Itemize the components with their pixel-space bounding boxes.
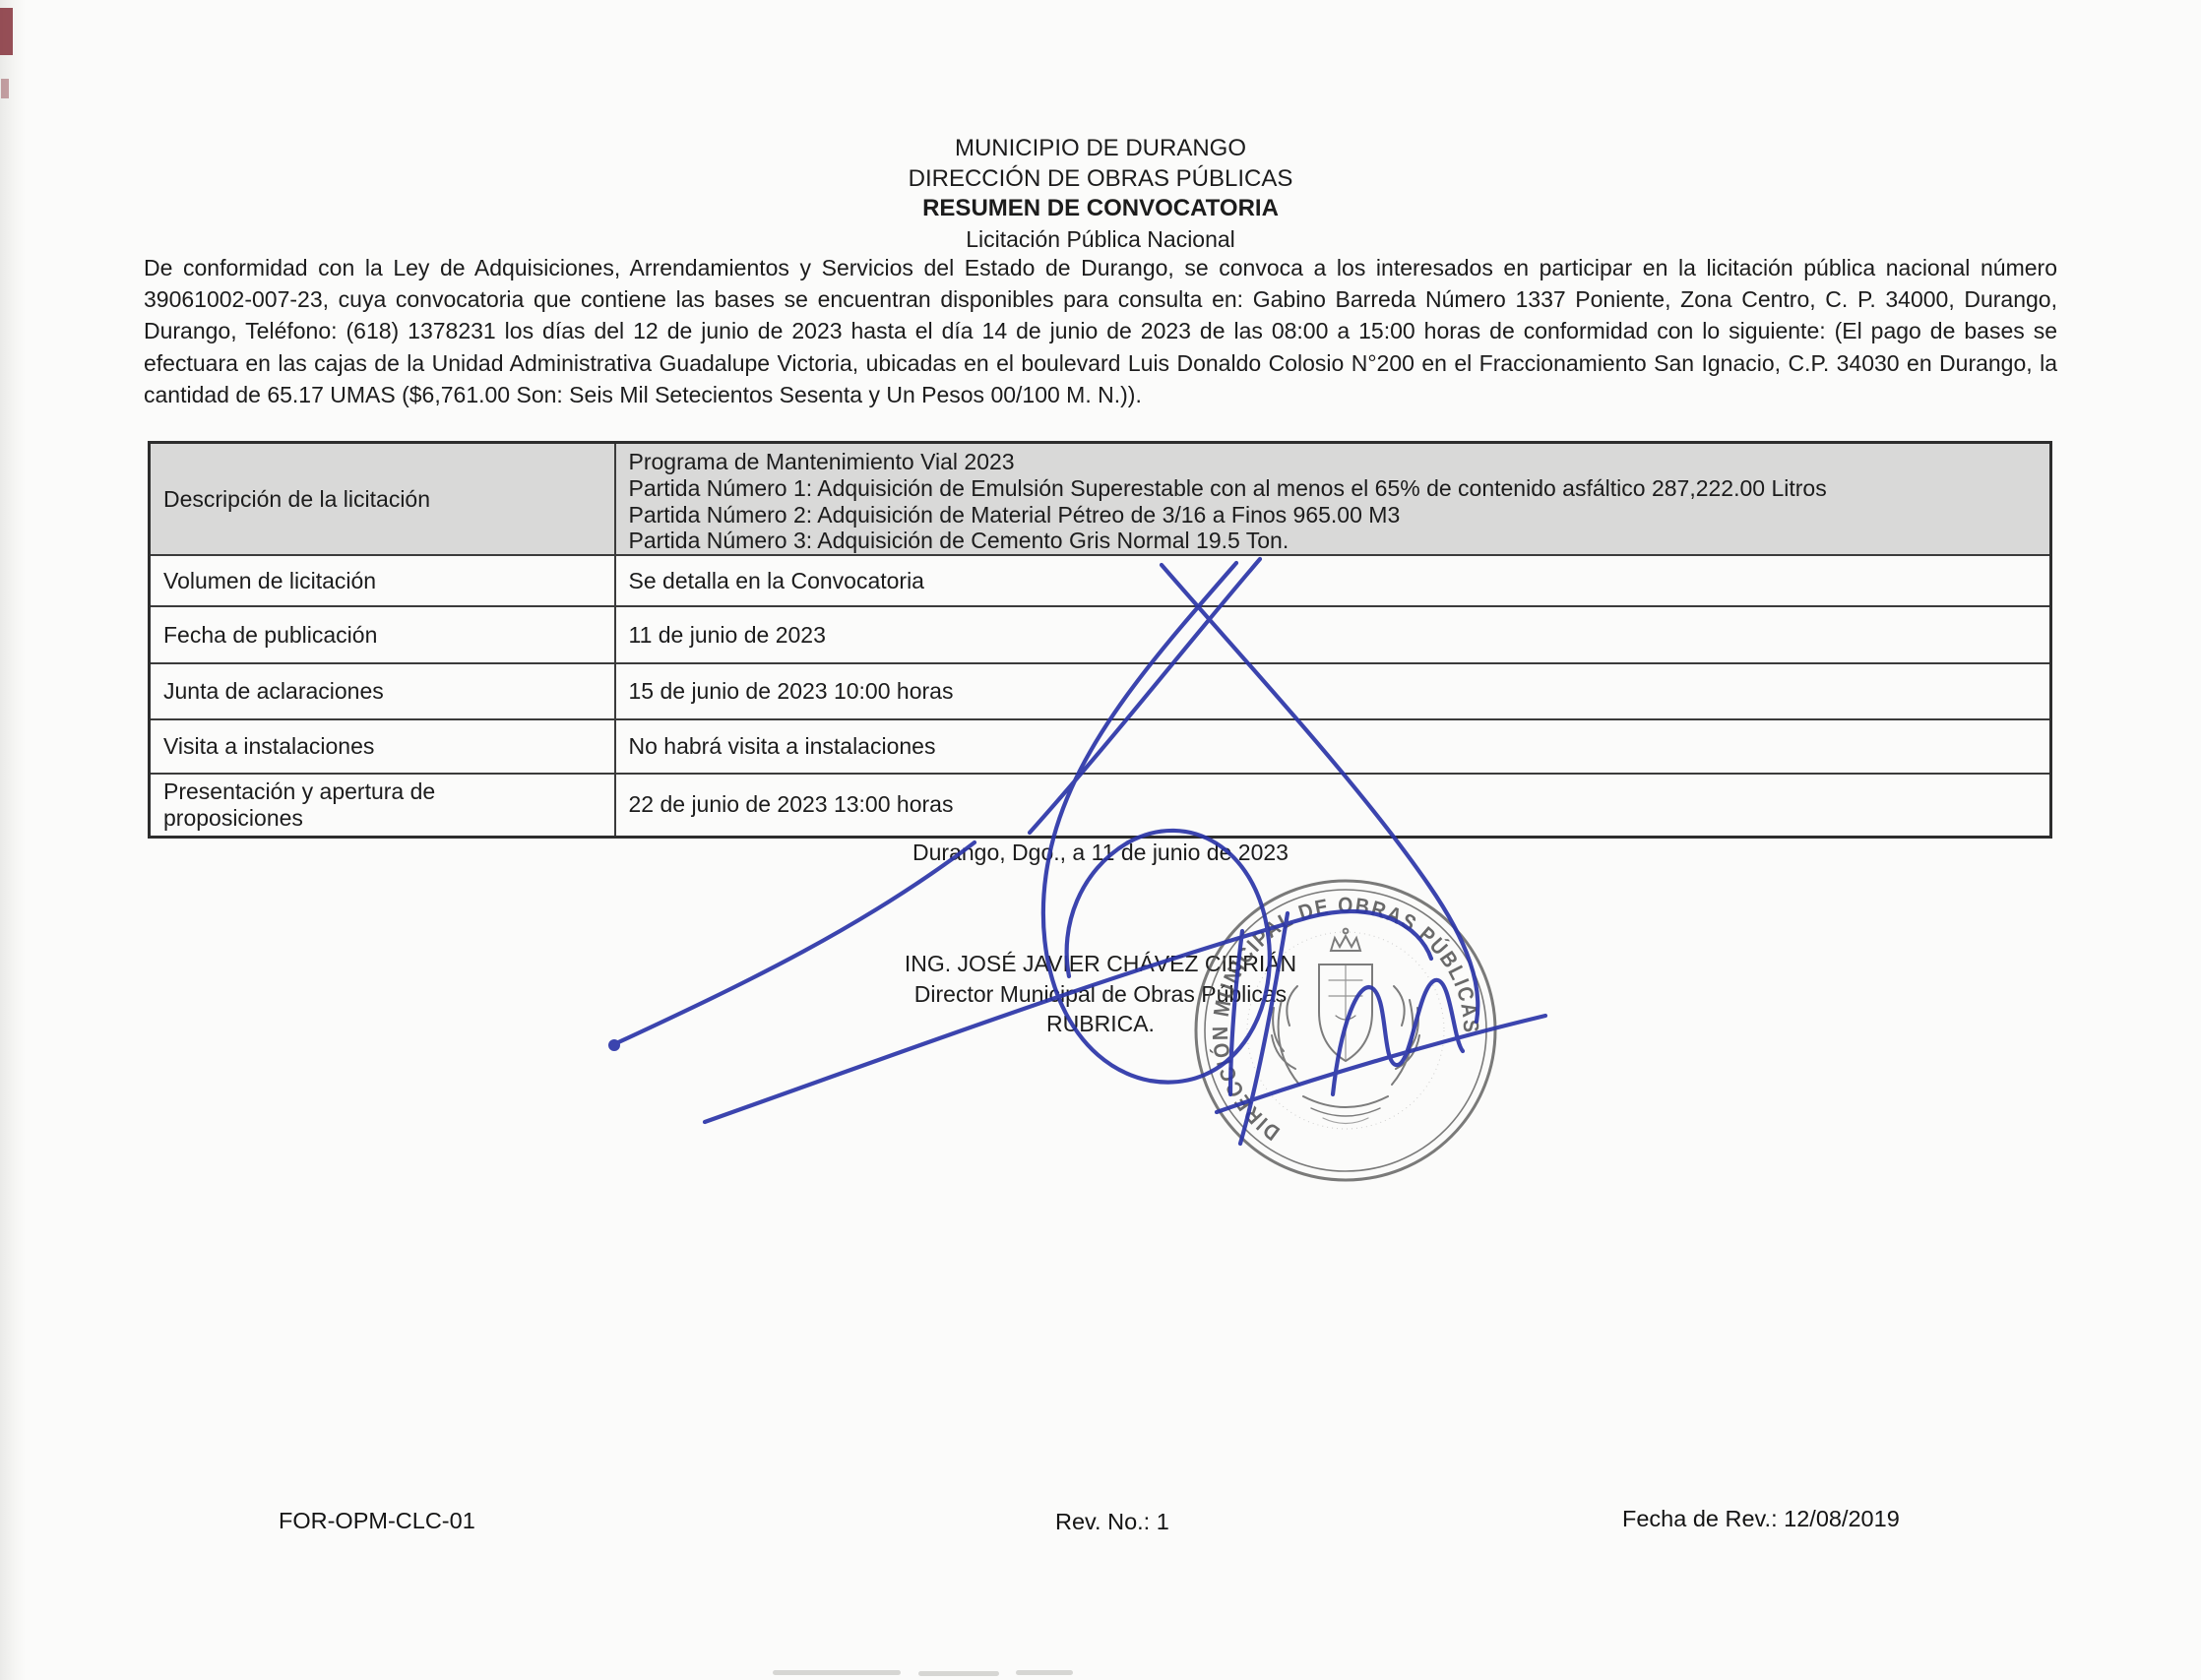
header-municipality: MUNICIPIO DE DURANGO (0, 134, 2201, 164)
row-value: No habrá visita a instalaciones (615, 719, 2051, 774)
description-lines: Programa de Mantenimiento Vial 2023 Part… (629, 449, 2041, 554)
scan-bottom-streak (1016, 1670, 1073, 1675)
scan-red-mark-small (1, 79, 9, 98)
document-page: MUNICIPIO DE DURANGO DIRECCIÓN DE OBRAS … (0, 0, 2201, 1680)
seal-crest (1272, 929, 1419, 1124)
header-doc-type: RESUMEN DE CONVOCATORIA (0, 194, 2201, 224)
row-label: Junta de aclaraciones (150, 663, 615, 719)
row-label: Visita a instalaciones (150, 719, 615, 774)
footer-revision-number: Rev. No.: 1 (1055, 1509, 1169, 1535)
footer-form-code: FOR-OPM-CLC-01 (279, 1508, 475, 1534)
row-label: Descripción de la licitación (150, 443, 615, 556)
row-label: Presentación y apertura de proposiciones (150, 774, 615, 837)
row-label: Fecha de publicación (150, 606, 615, 663)
row-label-text: Presentación y apertura de proposiciones (163, 778, 478, 832)
row-value: 15 de junio de 2023 10:00 horas (615, 663, 2051, 719)
description-line: Partida Número 1: Adquisición de Emulsió… (629, 475, 2041, 502)
signature-rubric-label: RUBRICA. (0, 1009, 2201, 1039)
table-row-presentacion-apertura: Presentación y apertura de proposiciones… (150, 774, 2051, 837)
signer-name: ING. JOSÉ JAVIER CHÁVEZ CIBRIÁN (0, 949, 2201, 979)
document-header: MUNICIPIO DE DURANGO DIRECCIÓN DE OBRAS … (0, 134, 2201, 254)
scan-bottom-streak (773, 1670, 901, 1675)
table-row-descripcion: Descripción de la licitación Programa de… (150, 443, 2051, 556)
table-row-visita-instalaciones: Visita a instalaciones No habrá visita a… (150, 719, 2051, 774)
row-value: Programa de Mantenimiento Vial 2023 Part… (615, 443, 2051, 556)
table-row-volumen: Volumen de licitación Se detalla en la C… (150, 555, 2051, 606)
official-seal: DIRECCIÓN MUNICIPAL DE OBRAS PÚBLICAS (1173, 858, 1518, 1203)
scan-red-mark (0, 8, 13, 55)
description-line: Partida Número 2: Adquisición de Materia… (629, 502, 2041, 529)
header-tender-type: Licitación Pública Nacional (0, 224, 2201, 255)
row-label: Volumen de licitación (150, 555, 615, 606)
dateline: Durango, Dgo., a 11 de junio de 2023 (0, 840, 2201, 866)
row-value: Se detalla en la Convocatoria (615, 555, 2051, 606)
table-row-fecha-publicacion: Fecha de publicación 11 de junio de 2023 (150, 606, 2051, 663)
footer-revision-date: Fecha de Rev.: 12/08/2019 (1622, 1506, 1900, 1532)
signature-ink-dot (608, 1039, 620, 1051)
intro-paragraph: De conformidad con la Ley de Adquisicion… (144, 252, 2057, 410)
description-line: Partida Número 3: Adquisición de Cemento… (629, 528, 2041, 554)
header-department: DIRECCIÓN DE OBRAS PÚBLICAS (0, 164, 2201, 195)
description-line: Programa de Mantenimiento Vial 2023 (629, 449, 2041, 475)
signer-title: Director Municipal de Obras Públicas (0, 979, 2201, 1010)
tender-summary-table: Descripción de la licitación Programa de… (148, 441, 2052, 839)
table-row-junta-aclaraciones: Junta de aclaraciones 15 de junio de 202… (150, 663, 2051, 719)
signature-block: ING. JOSÉ JAVIER CHÁVEZ CIBRIÁN Director… (0, 949, 2201, 1039)
scan-bottom-streak (918, 1671, 999, 1676)
row-value: 22 de junio de 2023 13:00 horas (615, 774, 2051, 837)
row-value: 11 de junio de 2023 (615, 606, 2051, 663)
